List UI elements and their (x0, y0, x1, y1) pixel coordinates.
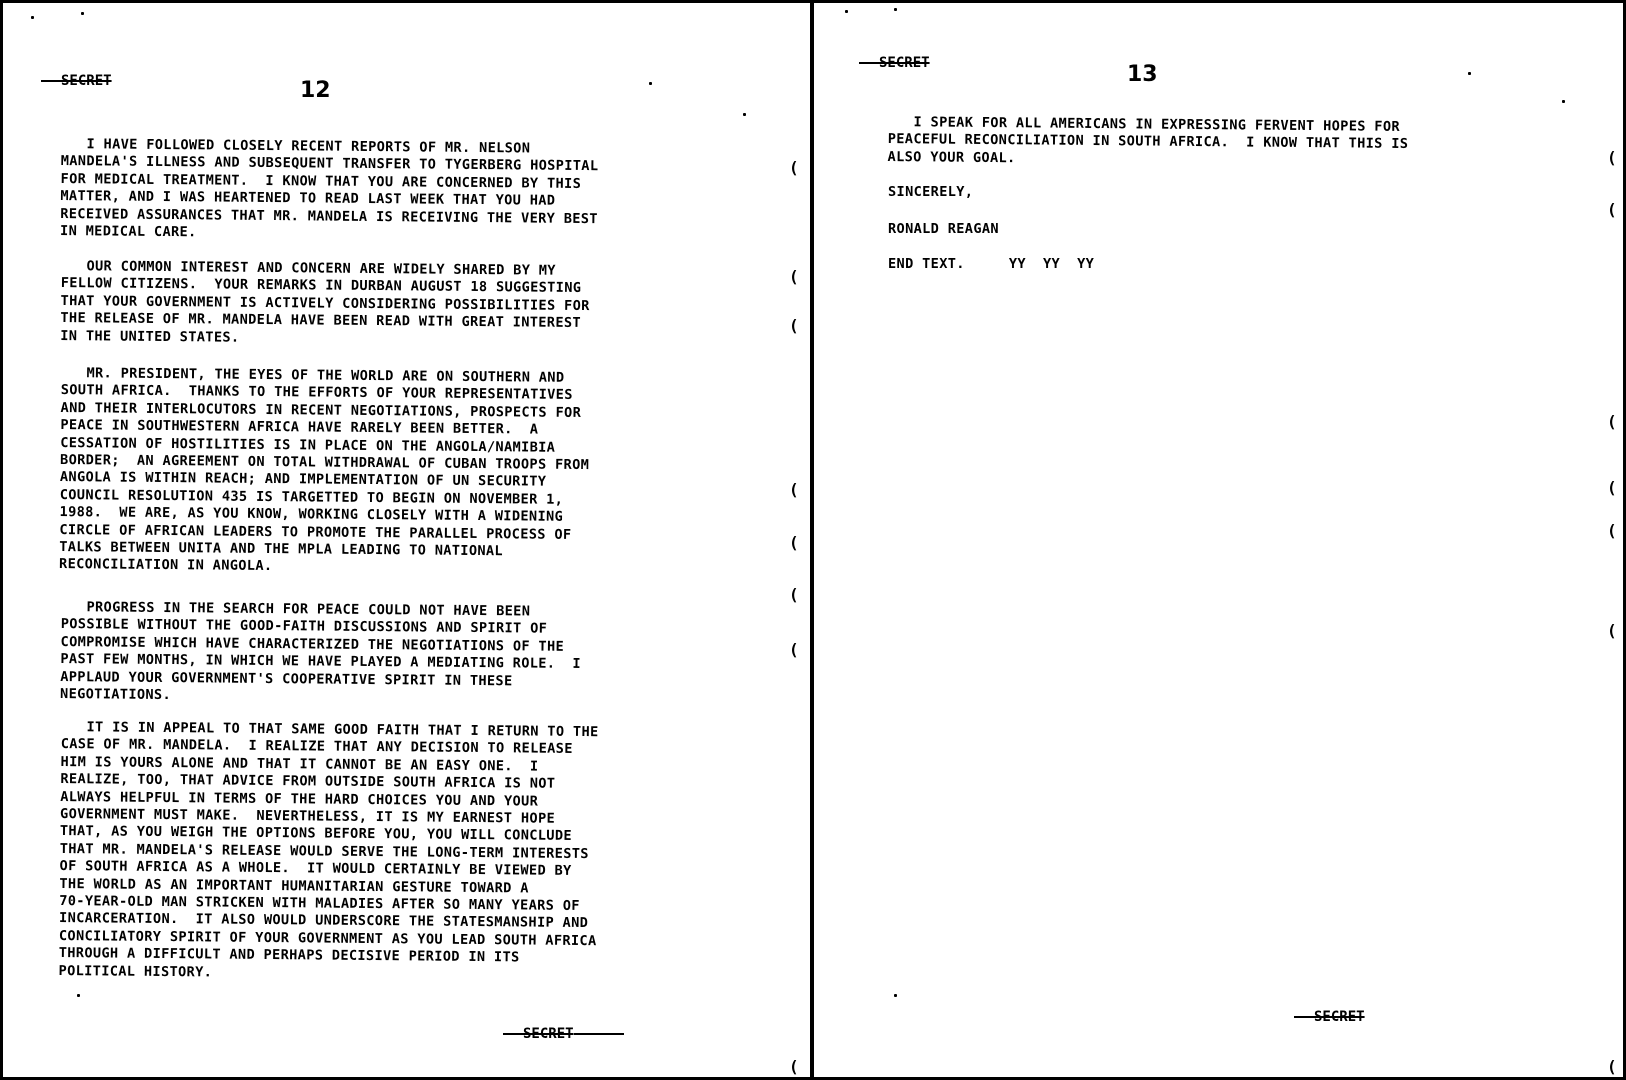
paragraph-1: I HAVE FOLLOWED CLOSELY RECENT REPORTS O… (60, 136, 599, 246)
closing: SINCERELY, (888, 184, 973, 201)
margin-mark: ( (1607, 1057, 1617, 1076)
scan-speck (1562, 100, 1565, 103)
page-13: SECRET 13 I SPEAK FOR ALL AMERICANS IN E… (814, 0, 1623, 1080)
scan-speck (743, 113, 746, 116)
margin-mark: ( (789, 267, 799, 286)
margin-mark: ( (789, 158, 799, 177)
margin-mark: ( (789, 585, 799, 604)
margin-mark: ( (789, 316, 799, 335)
margin-mark: ( (1607, 200, 1617, 219)
scan-speck (845, 10, 848, 13)
signature: RONALD REAGAN (888, 221, 999, 238)
end-text: END TEXT.YY YY YY (888, 256, 1094, 273)
footer-classification-marking: SECRET (1294, 1009, 1365, 1025)
page-number: 12 (300, 78, 331, 103)
paragraph-2: OUR COMMON INTEREST AND CONCERN ARE WIDE… (60, 258, 590, 350)
header-classification-marking: SECRET (859, 55, 930, 71)
scan-speck (894, 8, 897, 11)
margin-mark: ( (789, 1057, 799, 1076)
page-number: 13 (1127, 62, 1158, 87)
scan-speck (31, 16, 34, 19)
paragraph-4: PROGRESS IN THE SEARCH FOR PEACE COULD N… (60, 599, 582, 708)
paragraph-3: MR. PRESIDENT, THE EYES OF THE WORLD ARE… (59, 365, 590, 579)
margin-mark: ( (1607, 478, 1617, 497)
text-line: RECONCILIATION IN ANGOLA. (59, 556, 588, 578)
footer-classification-marking: SECRET (503, 1026, 624, 1042)
scan-speck (649, 82, 652, 85)
scan-speck (81, 12, 84, 15)
margin-mark: ( (789, 533, 799, 552)
page-12: SECRET 12 I HAVE FOLLOWED CLOSELY RECENT… (3, 0, 810, 1080)
end-marks: YY YY YY (1009, 256, 1094, 272)
margin-mark: ( (1607, 148, 1617, 167)
paragraph-5: IT IS IN APPEAL TO THAT SAME GOOD FAITH … (58, 719, 598, 985)
margin-mark: ( (1607, 521, 1617, 540)
paragraph-1: I SPEAK FOR ALL AMERICANS IN EXPRESSING … (887, 114, 1408, 171)
margin-mark: ( (1607, 412, 1617, 431)
margin-mark: ( (789, 480, 799, 499)
scan-speck (894, 994, 897, 997)
margin-mark: ( (789, 640, 799, 659)
header-classification-marking: SECRET (41, 73, 112, 89)
margin-mark: ( (1607, 621, 1617, 640)
scan-speck (77, 994, 80, 997)
scan-speck (1468, 72, 1471, 75)
